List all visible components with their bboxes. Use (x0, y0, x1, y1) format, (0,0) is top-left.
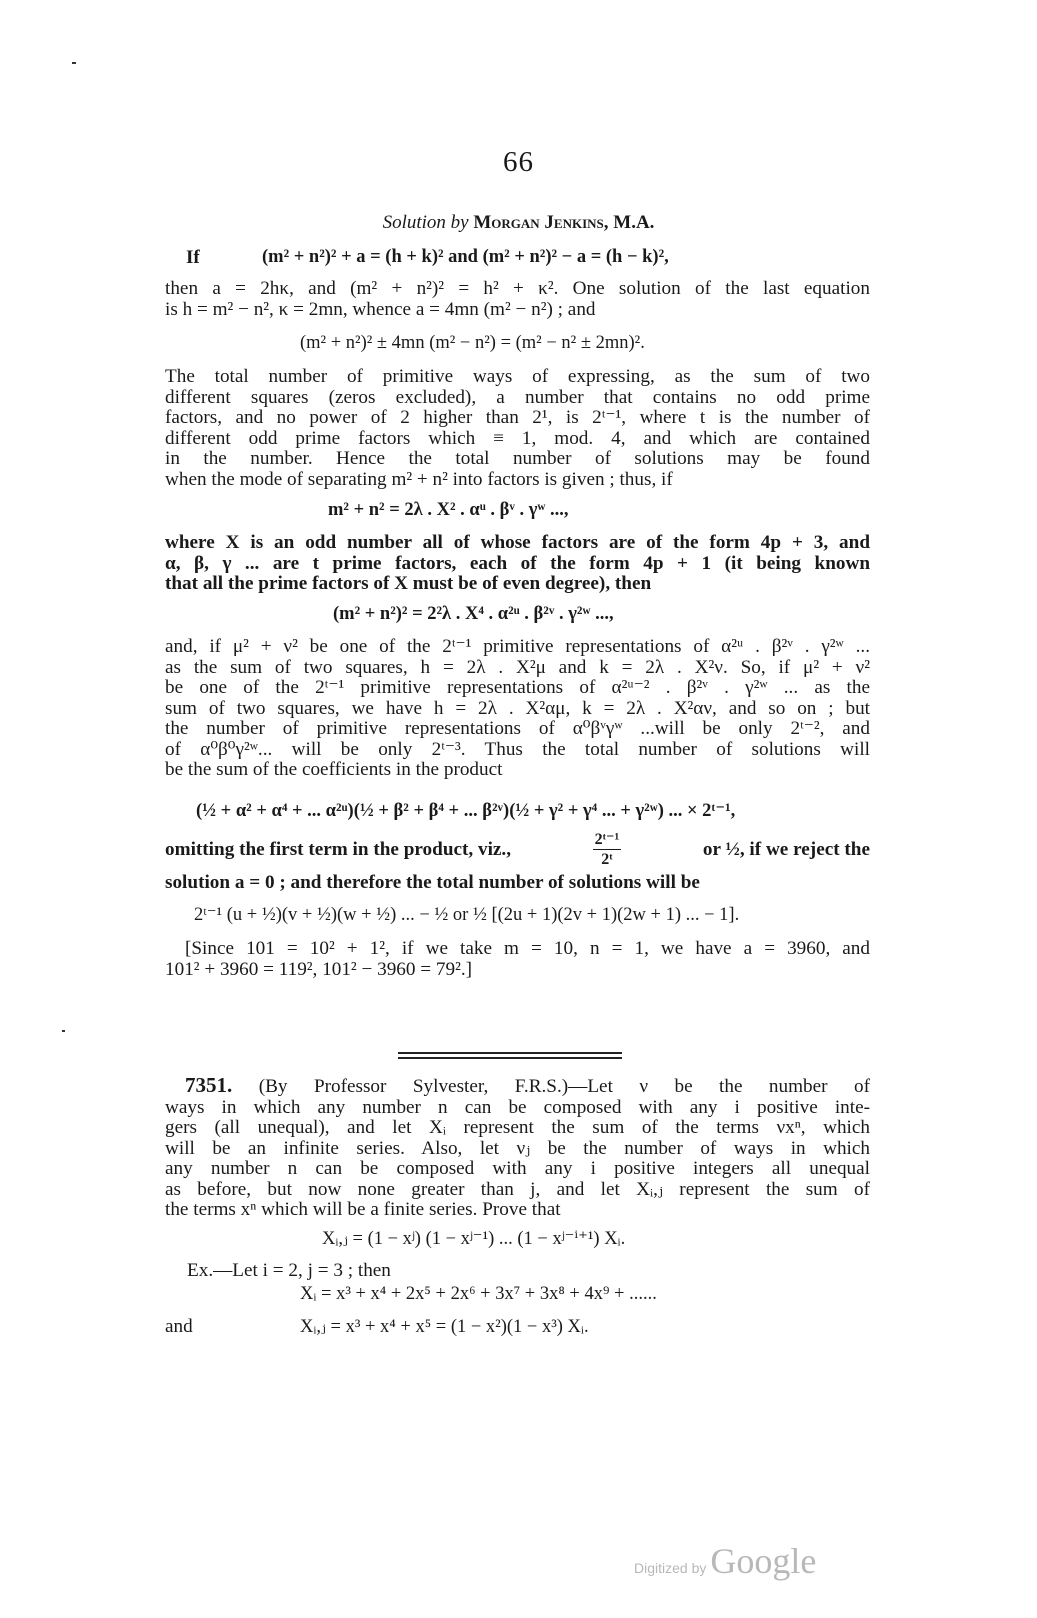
question-equation-1: Xᵢ,ⱼ = (1 − xʲ) (1 − xʲ⁻¹) ... (1 − xʲ⁻ⁱ… (322, 1228, 625, 1250)
solution-paragraph-3: and, if μ² + ν² be one of the 2ᵗ⁻¹ primi… (165, 637, 870, 781)
text-line: α, β, γ ... are t prime factors, each of… (165, 554, 870, 575)
section-divider-top (398, 1052, 622, 1054)
text-line: is h = m² − n², κ = 2mn, whence a = 4mn … (165, 300, 870, 321)
note-paragraph: [Since 101 = 10² + 1², if we take m = 10… (165, 939, 870, 980)
question-equation-2: Xᵢ = x³ + x⁴ + 2x⁵ + 2x⁶ + 3x⁷ + 3x⁸ + 4… (300, 1284, 657, 1305)
text-line: the terms xⁿ which will be a finite seri… (165, 1200, 870, 1221)
text-line: will be an infinite series. Also, let νⱼ… (165, 1139, 870, 1160)
equation-5: (½ + α² + α⁴ + ... α²ᵘ)(½ + β² + β⁴ + ..… (196, 800, 735, 822)
equation-3: m² + n² = 2λ . X² . αᵘ . βᵛ . γʷ ..., (328, 500, 569, 521)
scan-speck (62, 1030, 65, 1032)
text-line: when the mode of separating m² + n² into… (165, 470, 870, 491)
solution-line: solution a = 0 ; and therefore the total… (165, 872, 700, 894)
fraction-numerator: 2ᵗ⁻¹ (593, 830, 622, 850)
text-line: gers (all unequal), and let Xᵢ represent… (165, 1118, 870, 1139)
solution-paragraph-1: The total number of primitive ways of ex… (165, 367, 870, 490)
google-watermark: Digitized by Google (634, 1540, 816, 1582)
text-line: The total number of primitive ways of ex… (165, 367, 870, 388)
scanned-page: 66 Solution by Morgan Jenkins, M.A. If (… (0, 0, 1037, 1618)
text-line: and, if μ² + ν² be one of the 2ᵗ⁻¹ primi… (165, 637, 870, 658)
question-number: 7351. (185, 1073, 232, 1097)
solution-text-1: then a = 2hκ, and (m² + n²)² = h² + κ². … (165, 279, 870, 320)
text-line: that all the prime factors of X must be … (165, 574, 870, 595)
text-line: the number of primitive representations … (165, 719, 870, 740)
text-line: then a = 2hκ, and (m² + n²)² = h² + κ². … (165, 279, 870, 300)
solution-author: Morgan Jenkins, M.A. (473, 212, 654, 233)
equation-6: 2ᵗ⁻¹ (u + ½)(v + ½)(w + ½) ... − ½ or ½ … (194, 904, 739, 926)
text-line: factors, and no power of 2 higher than 2… (165, 408, 870, 429)
text-line: any number n can be composed with any i … (165, 1159, 870, 1180)
and-word: and (165, 1316, 193, 1338)
scan-speck (72, 62, 76, 64)
text-line: different squares (zeros excluded), a nu… (165, 388, 870, 409)
fraction: 2ᵗ⁻¹ 2ᵗ (593, 830, 622, 869)
page-number: 66 (0, 146, 1037, 179)
text-line: of α⁰β⁰γ²ʷ... will be only 2ᵗ⁻³. Thus th… (165, 740, 870, 761)
text-line: ways in which any number n can be compos… (165, 1098, 870, 1119)
fraction-denominator: 2ᵗ (593, 850, 622, 869)
if-word: If (186, 247, 200, 269)
section-divider-bottom (398, 1057, 622, 1059)
text-line: be one of the 2ᵗ⁻¹ primitive representat… (165, 678, 870, 699)
text-line: where X is an odd number all of whose fa… (165, 533, 870, 554)
question-intro: (By Professor Sylvester, F.R.S.)—Let ν b… (259, 1076, 870, 1097)
example-label: Ex.—Let i = 2, j = 3 ; then (187, 1260, 391, 1282)
omit-line: omitting the first term in the product, … (165, 830, 870, 869)
solution-heading-prefix: Solution by (383, 212, 469, 233)
question-equation-3: Xᵢ,ⱼ = x³ + x⁴ + x⁵ = (1 − x²)(1 − x³) X… (300, 1316, 589, 1338)
question-paragraph: 7351. (By Professor Sylvester, F.R.S.)—L… (165, 1075, 870, 1221)
text-line: 101² + 3960 = 119², 101² − 3960 = 79².] (165, 960, 870, 981)
question-intro-line: 7351. (By Professor Sylvester, F.R.S.)—L… (165, 1075, 870, 1098)
omit-text: omitting the first term in the product, … (165, 839, 511, 861)
text-line: [Since 101 = 10² + 1², if we take m = 10… (165, 939, 870, 960)
text-line: in the number. Hence the total number of… (165, 449, 870, 470)
text-line: as the sum of two squares, h = 2λ . X²μ … (165, 658, 870, 679)
equation-1: (m² + n²)² + a = (h + k)² and (m² + n²)²… (262, 247, 669, 268)
omit-text-after: or ½, if we reject the (703, 839, 870, 861)
equation-4: (m² + n²)² = 2²λ . X⁴ . α²ᵘ . β²ᵛ . γ²ʷ … (333, 604, 614, 625)
text-line: different odd prime factors which ≡ 1, m… (165, 429, 870, 450)
watermark-prefix: Digitized by (634, 1560, 706, 1576)
text-line: sum of two squares, we have h = 2λ . X²α… (165, 699, 870, 720)
google-logo: Google (710, 1541, 816, 1581)
text-line: as before, but now none greater than j, … (165, 1180, 870, 1201)
text-line: be the sum of the coefficients in the pr… (165, 760, 870, 781)
solution-paragraph-2: where X is an odd number all of whose fa… (165, 533, 870, 595)
equation-2: (m² + n²)² ± 4mn (m² − n²) = (m² − n² ± … (300, 333, 645, 354)
solution-heading: Solution by Morgan Jenkins, M.A. (0, 212, 1037, 234)
